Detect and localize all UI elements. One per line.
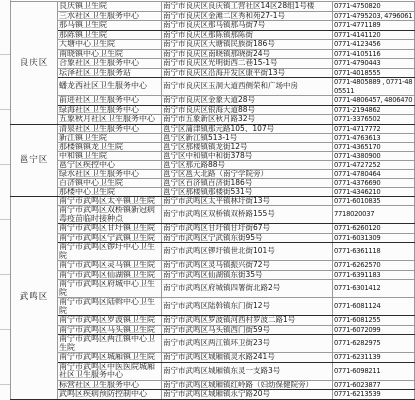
facility-cell: 绿水社区卫生服务中心 xyxy=(58,169,162,178)
address-cell: 南宁市武鸣区府城镇四署街北路2号 xyxy=(162,280,333,298)
phone-cell: 0771-4380900 xyxy=(333,151,415,160)
phone-cell: 0771-4763613 xyxy=(333,133,415,142)
phone-cell: 0771-4790443 xyxy=(333,59,415,69)
phone-cell: 0771-4806457, 4806470 xyxy=(333,96,415,106)
table-row: 南宁市武鸣区双桥镇新冠病毒疫苗临时接种点南宁市武鸣区双桥镇双桥路155号7718… xyxy=(11,206,415,224)
phone-cell: 0771-4018555 xyxy=(333,68,415,78)
table-row: 三水社区卫生服务中心南宁市良庆区金滩二区秀和苑27-1号0771-4795203… xyxy=(11,11,415,21)
facility-cell: 清泉社区卫生服务中心 xyxy=(58,124,162,133)
facility-cell: 南宁市武鸣区罗波镇卫生院 xyxy=(58,316,162,326)
phone-cell: 0771-6361118 xyxy=(333,243,415,261)
address-cell: 南宁市良庆区银海大道88号 xyxy=(162,105,333,115)
address-cell: 南宁市武鸣区锣圩镇世北街101号 xyxy=(162,243,333,261)
table-row: 那马镇卫生院南宁市良庆区那马镇那马街7号0771-4771189 xyxy=(11,21,415,31)
facility-cell: 那楼镇镇龙卫生院 xyxy=(58,142,162,151)
table-row: 良庆区良庆镇卫生院南宁市良庆区良庆镇工营社区14区28组1号楼0771-4750… xyxy=(11,2,415,12)
address-cell: 南宁市良庆区沿海开发区康平街13号 xyxy=(162,68,333,78)
address-cell: 南宁市武鸣区城厢镇灵水路241号 xyxy=(162,353,333,363)
phone-cell: 0771-6098211 xyxy=(333,362,415,380)
phone-cell: 0771-6282975 xyxy=(333,335,415,353)
table-row: 那陈镇卫生院南宁市良庆区那陈镇那陈街0771-4141120 xyxy=(11,30,415,40)
table-row: 武鸣区疾病预防控制中心南宁市武鸣区城厢镇永宁路20号0771-6213539 xyxy=(11,390,415,400)
district-cell: 良庆区 xyxy=(11,2,58,125)
facility-cell: 南宁市武鸣区仙湖镇卫生院 xyxy=(58,270,162,280)
phone-cell: 0771-4346210 xyxy=(333,187,415,196)
phone-cell: 0771-6072099 xyxy=(333,325,415,335)
address-cell: 南宁市武鸣区灵马镇振兴街72号 xyxy=(162,261,333,271)
table-row: 新江镇卫生院邕宁区新江镇513-1号0771-4763613 xyxy=(11,133,415,142)
phone-cell: 0771-4123456 xyxy=(333,40,415,50)
phone-cell: 0771-6081124 xyxy=(333,298,415,316)
phone-cell: 0771-4780464 xyxy=(333,169,415,178)
phone-cell: 0771-4141120 xyxy=(333,30,415,40)
phone-cell: 0771-6023877 xyxy=(333,380,415,390)
address-cell: 邕宁区那元路88号 xyxy=(162,160,333,169)
facility-cell: 南宁市武鸣区陆斡中心卫生院 xyxy=(58,298,162,316)
facility-cell: 中和镇卫生院 xyxy=(58,151,162,160)
table-row: 南宁市武鸣区陆斡中心卫生院南宁市武鸣区陆斡镇东门街12号0771-6081124 xyxy=(11,298,415,316)
address-cell: 南宁市武鸣区城厢镇红岭路（妇幼保健院旁） xyxy=(162,380,333,390)
facility-cell: 南宁市武鸣区锣圩中心卫生院 xyxy=(58,243,162,261)
phone-cell: 0771-6213539 xyxy=(333,390,415,400)
table-row: 大塘中心卫生院南宁市良庆区大塘镇民族街186号0771-4123456 xyxy=(11,40,415,50)
facility-cell: 标营社区卫生服务中心 xyxy=(58,380,162,390)
table-row: 蟠龙西社区卫生服务中心南宁市良庆区玉洞大道西侧荣和广场中房0771-480588… xyxy=(11,78,415,96)
address-cell: 南宁市良庆区玉洞大道西侧荣和广场中房 xyxy=(162,78,333,96)
facility-cell: 蟠龙西社区卫生服务中心 xyxy=(58,78,162,96)
address-cell: 邕宁区那楼镇镇龙街12号 xyxy=(162,142,333,151)
facility-cell: 那马镇卫生院 xyxy=(58,21,162,31)
address-cell: 南宁市良庆区光明街西二巷15-1号 xyxy=(162,59,333,69)
facility-cell: 坛泽社区卫生服务站 xyxy=(58,68,162,78)
phone-cell: 0771-6081255 xyxy=(333,316,415,326)
phone-cell: 0771-6010835 xyxy=(333,196,415,206)
table-row: 绿海社区卫生服务中心南宁市良庆区银海大道88号0771-2194862 xyxy=(11,105,415,115)
table-row: 南宁市武鸣区两江镇中心卫生院南宁市武鸣区两江镇环卫街23号0771-628297… xyxy=(11,335,415,353)
phone-cell: 0771-4376690 xyxy=(333,178,415,187)
facility-cell: 邕宁区疾控中心 xyxy=(58,160,162,169)
phone-cell: 7718020037 xyxy=(333,206,415,224)
table-row: 南宁市武鸣区马头镇卫生院南宁市武鸣区马头镇西门街59号0771-6072099 xyxy=(11,325,415,335)
district-cell: 邕宁区 xyxy=(11,124,58,196)
address-cell: 邕宁区邕大北路（南宁学院旁） xyxy=(162,169,333,178)
phone-cell: 0771-4771189 xyxy=(333,21,415,31)
address-cell: 南宁市良庆区那陈镇那陈街 xyxy=(162,30,333,40)
table-row: 南宁市武鸣区城厢镇卫生院南宁市武鸣区城厢镇灵水路241号0771-6231139 xyxy=(11,353,415,363)
facility-cell: 新江镇卫生院 xyxy=(58,133,162,142)
table-row: 南宁市武鸣区灵马镇卫生院南宁市武鸣区灵马镇振兴街72号0771-6262570 xyxy=(11,261,415,271)
address-cell: 南宁市良庆区大塘镇民族街186号 xyxy=(162,40,333,50)
address-cell: 南宁市武鸣区甘圩镇甘圩街67号 xyxy=(162,224,333,234)
facility-cell: 南宁市武鸣区府城中心卫生院 xyxy=(58,280,162,298)
address-cell: 邕宁区中和镇中和街378号 xyxy=(162,151,333,160)
table-row: 南宁市武鸣区府城中心卫生院南宁市武鸣区府城镇四署街北路2号0771-630141… xyxy=(11,280,415,298)
address-cell: 南宁市良庆区南晓镇那晓街24号 xyxy=(162,49,333,59)
facility-cell: 大塘中心卫生院 xyxy=(58,40,162,50)
phone-cell: 0771-6260120 xyxy=(333,224,415,234)
table-row: 邕宁区疾控中心邕宁区那元路88号0771-4727252 xyxy=(11,160,415,169)
address-cell: 南宁市良庆区金滩二区秀和苑27-1号 xyxy=(162,11,333,21)
address-cell: 南宁市武鸣区两江镇环卫街23号 xyxy=(162,335,333,353)
facility-cell: 武鸣区疾病预防控制中心 xyxy=(58,390,162,400)
facility-cell: 百济镇中心卫生院 xyxy=(58,178,162,187)
phone-cell: 0771-6231139 xyxy=(333,353,415,363)
address-cell: 南宁市武鸣区仙湖镇东街35号 xyxy=(162,270,333,280)
table-row: 南宁市武鸣区中医医院城厢社区卫生服务中心南宁市武鸣区城厢镇东灵一支路3号0771… xyxy=(11,362,415,380)
facility-cell: 南晓镇中心卫生院 xyxy=(58,49,162,59)
address-cell: 邕宁区新江镇513-1号 xyxy=(162,133,333,142)
facility-cell: 三水社区卫生服务中心 xyxy=(58,11,162,21)
facility-cell: 合象社区卫生服务中心 xyxy=(58,59,162,69)
facility-cell: 南宁市武鸣区太平镇卫生院 xyxy=(58,196,162,206)
address-cell: 南宁市武鸣区太平镇林圩街13号 xyxy=(162,196,333,206)
phone-cell: 0771-4717772 xyxy=(333,124,415,133)
table-row: 五象秋月社区卫生服务中心南宁市五象新区秋月路32号0771-3376502 xyxy=(11,115,415,125)
address-cell: 南宁市武鸣区罗波镇河西村罗波二路1号 xyxy=(162,316,333,326)
phone-cell: 0771-4750820 xyxy=(333,2,415,12)
facility-cell: 五象秋月社区卫生服务中心 xyxy=(58,115,162,125)
table-row: 南宁市武鸣区罗波镇卫生院南宁市武鸣区罗波镇河西村罗波二路1号0771-60812… xyxy=(11,316,415,326)
facility-table: 良庆区良庆镇卫生院南宁市良庆区良庆镇工营社区14区28组1号楼0771-4750… xyxy=(10,1,415,400)
phone-cell: 0771-4727252 xyxy=(333,160,415,169)
address-cell: 南宁市良庆区那马镇那马街7号 xyxy=(162,21,333,31)
phone-cell: 0771-6301412 xyxy=(333,280,415,298)
facility-cell: 南宁市武鸣区城厢镇卫生院 xyxy=(58,353,162,363)
facility-table-body: 良庆区良庆镇卫生院南宁市良庆区良庆镇工营社区14区28组1号楼0771-4750… xyxy=(11,2,415,400)
table-row: 南宁市武鸣区宁武镇卫生院南宁市武鸣区宁武镇东街95号0771-6031309 xyxy=(11,233,415,243)
address-cell: 南宁市武鸣区宁武镇东街95号 xyxy=(162,233,333,243)
table-row: 那楼镇镇龙卫生院邕宁区那楼镇镇龙街12号0771-4365170 xyxy=(11,142,415,151)
table-row: 南宁市武鸣区甘圩镇卫生院南宁市武鸣区甘圩镇甘圩街67号0771-6260120 xyxy=(11,224,415,234)
table-row: 武鸣区南宁市武鸣区太平镇卫生院南宁市武鸣区太平镇林圩街13号0771-60108… xyxy=(11,196,415,206)
facility-cell: 绿海社区卫生服务中心 xyxy=(58,105,162,115)
table-row: 邕宁区清泉社区卫生服务中心邕宁区蒲津镇那元路105、107号0771-47177… xyxy=(11,124,415,133)
facility-cell: 南宁市武鸣区马头镇卫生院 xyxy=(58,325,162,335)
facility-cell: 南宁市武鸣区宁武镇卫生院 xyxy=(58,233,162,243)
facility-cell: 前进社区卫生服务中心 xyxy=(58,96,162,106)
phone-cell: 0771-6262570 xyxy=(333,261,415,271)
address-cell: 南宁市武鸣区双桥镇双桥路155号 xyxy=(162,206,333,224)
table-row: 南宁市武鸣区锣圩中心卫生院南宁市武鸣区锣圩镇世北街101号0771-636111… xyxy=(11,243,415,261)
facility-cell: 南宁市武鸣区灵马镇卫生院 xyxy=(58,261,162,271)
facility-cell: 南宁市武鸣区中医医院城厢社区卫生服务中心 xyxy=(58,362,162,380)
address-cell: 邕宁区蒲津镇那元路105、107号 xyxy=(162,124,333,133)
address-cell: 南宁市武鸣区陆斡镇东门街12号 xyxy=(162,298,333,316)
address-cell: 南宁市良庆区良庆镇工营社区14区28组1号楼 xyxy=(162,2,333,12)
table-row: 那楼中心卫生院邕宁区那楼镇那楼街531号0771-4346210 xyxy=(11,187,415,196)
facility-cell: 南宁市武鸣区甘圩镇卫生院 xyxy=(58,224,162,234)
phone-cell: 0771-6391183 xyxy=(333,270,415,280)
phone-cell: 0771-4805889 , 0771-4805511 xyxy=(333,78,415,96)
table-row: 南宁市武鸣区仙湖镇卫生院南宁市武鸣区仙湖镇东街35号0771-6391183 xyxy=(11,270,415,280)
facility-cell: 南宁市武鸣区两江镇中心卫生院 xyxy=(58,335,162,353)
table-row: 南晓镇中心卫生院南宁市良庆区南晓镇那晓街24号0771-4105116 xyxy=(11,49,415,59)
table-row: 坛泽社区卫生服务站南宁市良庆区沿海开发区康平街13号0771-4018555 xyxy=(11,68,415,78)
phone-cell: 0771-4795203, 4796061 xyxy=(333,11,415,21)
phone-cell: 0771-6031309 xyxy=(333,233,415,243)
health-facility-table-page: 良庆区良庆镇卫生院南宁市良庆区良庆镇工营社区14区28组1号楼0771-4750… xyxy=(0,0,415,400)
address-cell: 南宁市良庆区金象大道28号 xyxy=(162,96,333,106)
table-row: 标营社区卫生服务中心南宁市武鸣区城厢镇红岭路（妇幼保健院旁）0771-60238… xyxy=(11,380,415,390)
table-row: 中和镇卫生院邕宁区中和镇中和街378号0771-4380900 xyxy=(11,151,415,160)
table-row: 合象社区卫生服务中心南宁市良庆区光明街西二巷15-1号0771-4790443 xyxy=(11,59,415,69)
table-row: 百济镇中心卫生院邕宁区百济镇百济街186号0771-4376690 xyxy=(11,178,415,187)
table-row: 绿水社区卫生服务中心邕宁区邕大北路（南宁学院旁）0771-4780464 xyxy=(11,169,415,178)
address-cell: 邕宁区百济镇百济街186号 xyxy=(162,178,333,187)
table-row: 前进社区卫生服务中心南宁市良庆区金象大道28号0771-4806457, 480… xyxy=(11,96,415,106)
phone-cell: 0771-2194862 xyxy=(333,105,415,115)
address-cell: 南宁市武鸣区马头镇西门街59号 xyxy=(162,325,333,335)
facility-cell: 南宁市武鸣区双桥镇新冠病毒疫苗临时接种点 xyxy=(58,206,162,224)
address-cell: 南宁市武鸣区城厢镇东灵一支路3号 xyxy=(162,362,333,380)
address-cell: 南宁市五象新区秋月路32号 xyxy=(162,115,333,125)
phone-cell: 0771-3376502 xyxy=(333,115,415,125)
address-cell: 南宁市武鸣区城厢镇永宁路20号 xyxy=(162,390,333,400)
district-cell: 武鸣区 xyxy=(11,196,58,399)
facility-cell: 那陈镇卫生院 xyxy=(58,30,162,40)
phone-cell: 0771-4105116 xyxy=(333,49,415,59)
address-cell: 邕宁区那楼镇那楼街531号 xyxy=(162,187,333,196)
phone-cell: 0771-4365170 xyxy=(333,142,415,151)
facility-cell: 那楼中心卫生院 xyxy=(58,187,162,196)
facility-cell: 良庆镇卫生院 xyxy=(58,2,162,12)
